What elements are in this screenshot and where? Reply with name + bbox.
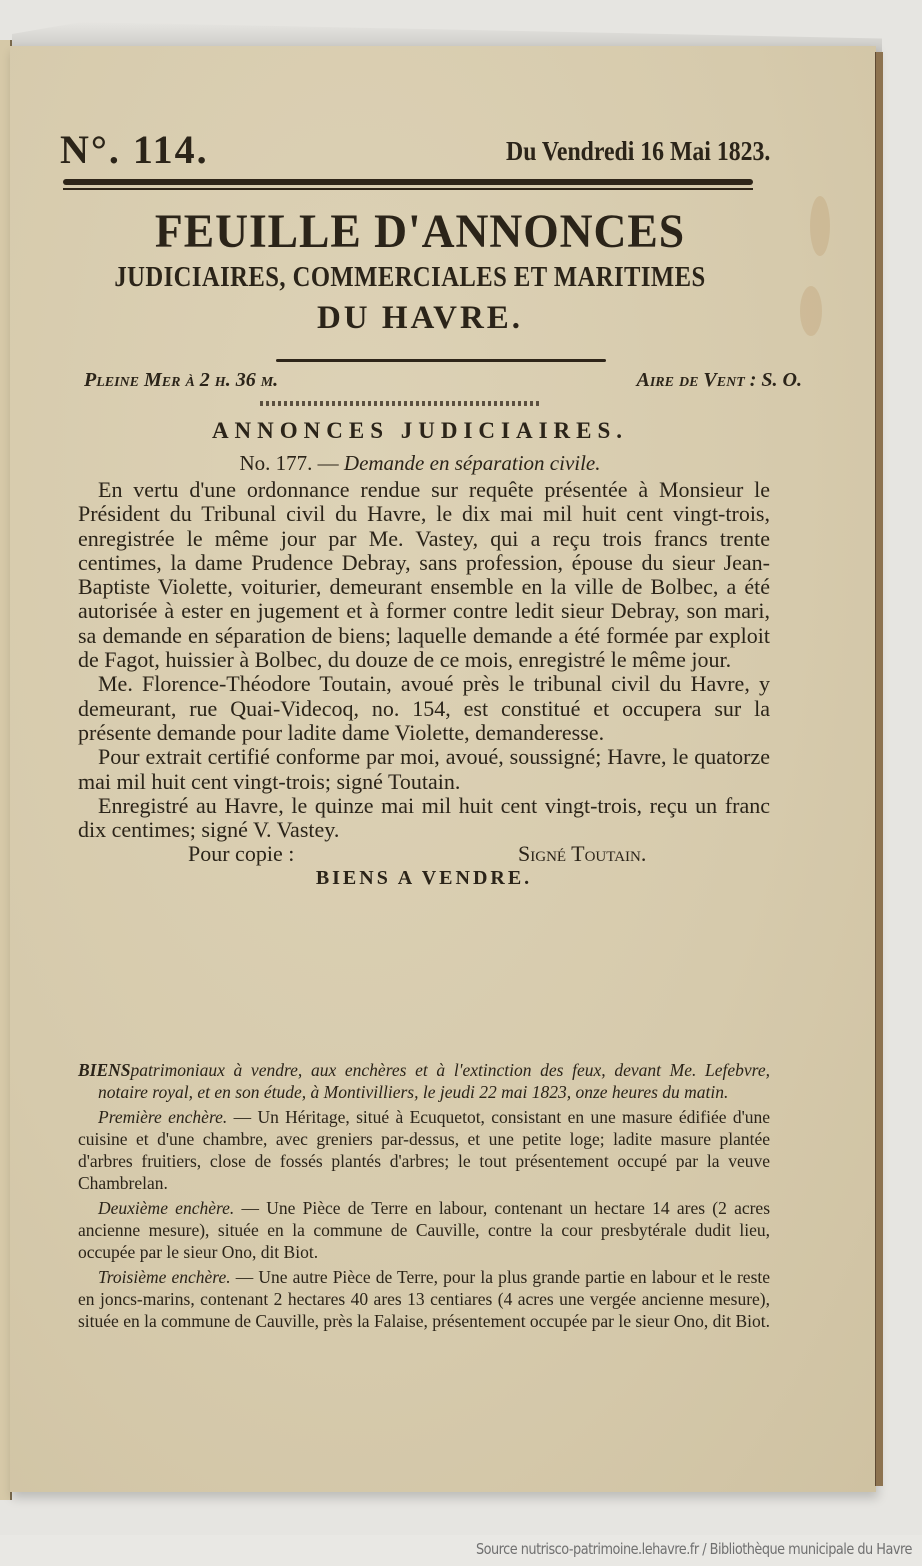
issue-date: Du Vendredi 16 Mai 1823.	[506, 136, 770, 167]
sales-intro-text: patrimoniaux à vendre, aux enchères et à…	[98, 1060, 770, 1102]
masthead-rule-thick	[63, 179, 753, 185]
sale-lot-label: Première enchère.	[98, 1107, 227, 1127]
judicial-notice-body: En vertu d'une ordonnance rendue sur req…	[78, 478, 770, 892]
tide-wind-row: Pleine Mer à 2 h. 36 m. Aire de Vent : S…	[72, 369, 792, 399]
section-title-judicial: ANNONCES JUDICIAIRES.	[60, 418, 780, 444]
decorative-wave-rule	[260, 398, 540, 408]
newspaper-city: DU HAVRE.	[60, 300, 780, 337]
sales-notice-body: BIENSpatrimoniaux à vendre, aux enchères…	[78, 1059, 770, 1333]
notice-heading: No. 177. — Demande en séparation civile.	[60, 451, 780, 476]
newspaper-page: N°. 114. Du Vendredi 16 Mai 1823. FEUILL…	[10, 46, 876, 1492]
sale-lot: Première enchère. — Un Héritage, situé à…	[78, 1106, 770, 1195]
signature: Signé Toutain.	[518, 842, 646, 866]
sale-lot: Troisième enchère. — Une autre Pièce de …	[78, 1266, 770, 1333]
notice-paragraph: Me. Florence-Théodore Toutain, avoué prè…	[78, 672, 770, 745]
notice-paragraph: Enregistré au Havre, le quinze mai mil h…	[78, 794, 770, 843]
source-credit: Source nutrisco-patrimoine.lehavre.fr / …	[476, 1540, 912, 1558]
notice-number: No. 177. —	[239, 451, 338, 475]
page-edge	[875, 52, 883, 1486]
newspaper-subtitle: JUDICIAIRES, COMMERCIALES ET MARITIMES	[84, 262, 735, 294]
paper-stain	[800, 286, 822, 336]
notice-paragraph: Pour extrait certifié conforme par moi, …	[78, 745, 770, 794]
sale-lot: Deuxième enchère. — Une Pièce de Terre e…	[78, 1197, 770, 1264]
masthead-row: N°. 114. Du Vendredi 16 Mai 1823.	[60, 126, 780, 186]
newspaper-title: FEUILLE D'ANNONCES	[78, 204, 762, 259]
sale-lot-label: Troisième enchère.	[98, 1267, 231, 1287]
masthead-rule-thin	[63, 188, 753, 190]
section-title-sales: BIENS A VENDRE.	[78, 866, 770, 892]
wind-info: Aire de Vent : S. O.	[637, 369, 802, 392]
paper-stain	[810, 196, 830, 256]
issue-number: N°. 114.	[60, 126, 209, 173]
copy-label: Pour copie :	[188, 842, 294, 866]
sale-lot-label: Deuxième enchère.	[98, 1198, 234, 1218]
signature-row: Pour copie : Signé Toutain.	[78, 842, 770, 866]
notice-subject: Demande en séparation civile.	[344, 451, 601, 475]
notice-paragraph: En vertu d'une ordonnance rendue sur req…	[78, 478, 770, 672]
high-tide-info: Pleine Mer à 2 h. 36 m.	[84, 369, 278, 392]
sales-intro: BIENSpatrimoniaux à vendre, aux enchères…	[78, 1059, 770, 1104]
title-rule	[276, 359, 606, 362]
sales-intro-lead: BIENS	[78, 1060, 131, 1080]
